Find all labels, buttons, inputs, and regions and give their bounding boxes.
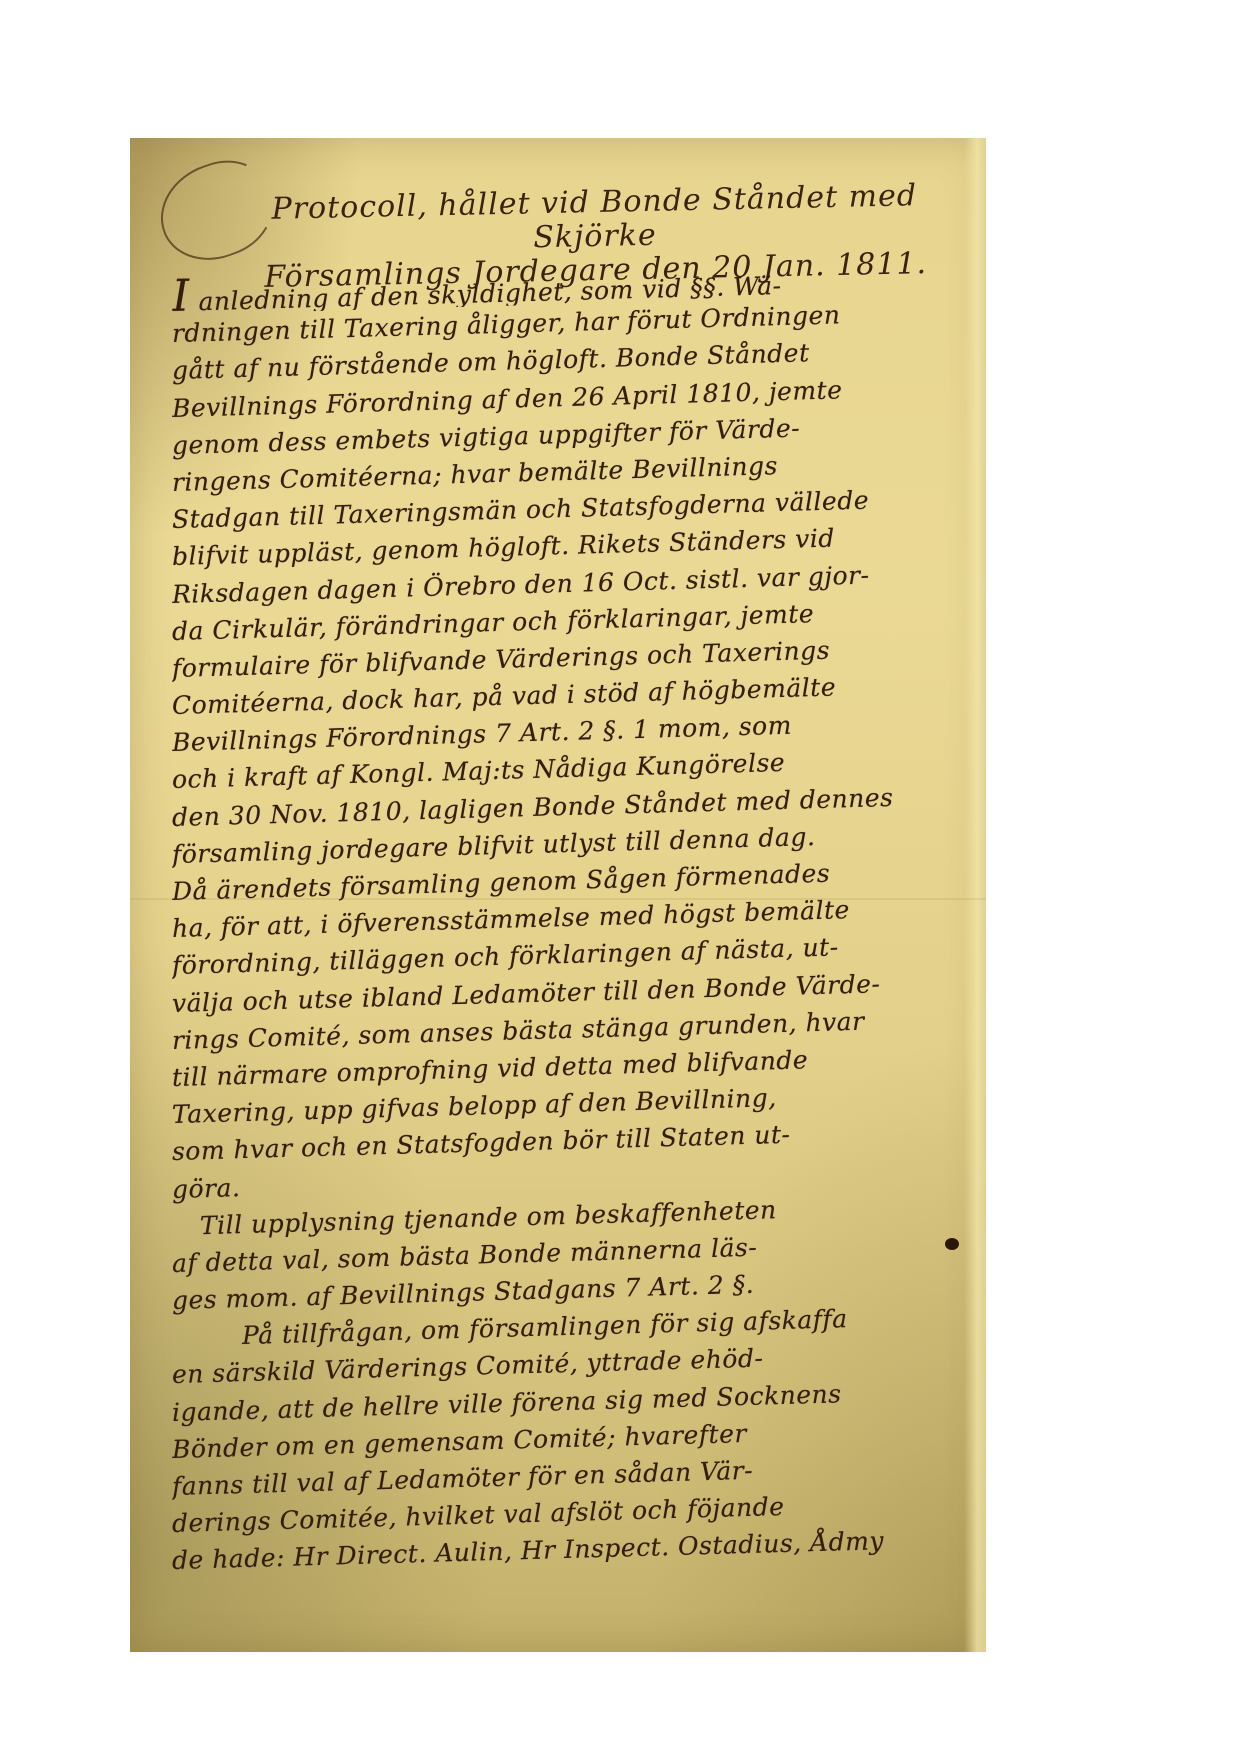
ink-blot: [945, 1238, 959, 1250]
manuscript-scan: Protocoll, hållet vid Bonde Ståndet med …: [130, 138, 986, 1652]
manuscript-body: I anledning af den skyldighet, som vid §…: [172, 278, 977, 1580]
